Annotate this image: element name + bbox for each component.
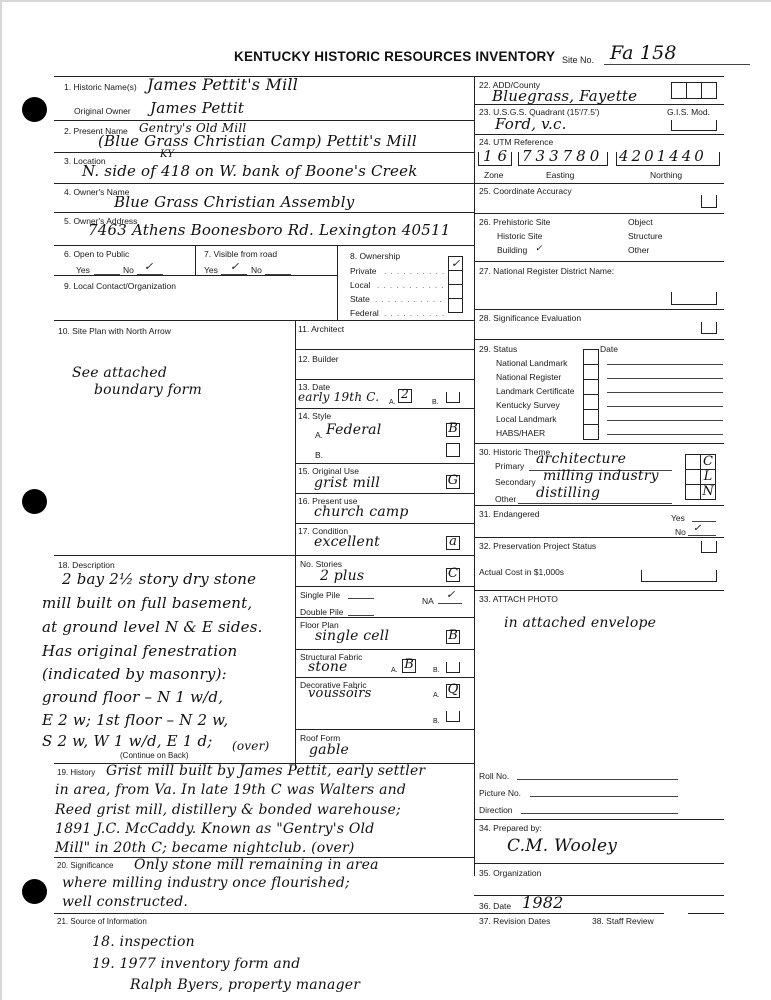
revision-dates-label: 37. Revision Dates [479, 916, 550, 926]
original-owner-label: Original Owner [74, 106, 131, 116]
historic-name-value[interactable]: James Pettit's Mill [147, 75, 298, 94]
decorative-b-label: B. [433, 718, 440, 725]
picture-no-label: Picture No. [479, 788, 521, 798]
floor-plan-value[interactable]: single cell [315, 628, 389, 644]
status-local-landmark: Local Landmark [496, 414, 556, 424]
status-checkbox[interactable] [583, 379, 599, 395]
secondary-theme-value[interactable]: milling industry [543, 468, 659, 484]
date-value[interactable]: early 19th C. [298, 390, 379, 404]
site-no-label: Site No. [562, 55, 594, 65]
history-line[interactable]: in area, from Va. In late 19th C was Wal… [55, 782, 406, 798]
continue-on-back: (Continue on Back) [120, 751, 188, 760]
actual-cost-box[interactable] [641, 570, 717, 582]
description-line[interactable]: at ground level N & E sides. [42, 618, 263, 636]
original-use-code: G [446, 473, 460, 488]
stories-code: C [446, 566, 460, 581]
primary-theme-label: Primary [495, 461, 524, 471]
direction-label: Direction [479, 805, 513, 815]
status-national-landmark: National Landmark [496, 358, 567, 368]
original-owner-value[interactable]: James Pettit [150, 99, 244, 117]
description-over: (over) [232, 739, 269, 753]
present-use-value[interactable]: church camp [314, 504, 409, 520]
style-a-value[interactable]: Federal [326, 422, 381, 438]
status-date-field[interactable] [607, 364, 723, 365]
other-theme-value[interactable]: distilling [536, 485, 600, 501]
utm-label: 24. UTM Reference [479, 137, 553, 147]
ownership-state: State [350, 294, 370, 304]
style-a-label: A. [315, 430, 323, 440]
preservation-status-label: 32. Preservation Project Status [479, 541, 596, 551]
ownership-federal: Federal [350, 308, 379, 318]
secondary-theme-code: L [700, 469, 716, 484]
organization-label: 35. Organization [479, 868, 541, 878]
floor-plan-code: B [446, 628, 460, 643]
divider [474, 76, 475, 876]
site-type-object[interactable]: Object [628, 217, 653, 227]
status-landmark-certificate: Landmark Certificate [496, 386, 574, 396]
local-contact-label: 9. Local Contact/Organization [64, 281, 176, 291]
history-line[interactable]: Reed grist mill, distillery & bonded war… [55, 802, 401, 818]
punch-hole [22, 97, 47, 122]
status-date-label: Date [600, 344, 618, 354]
status-checkbox[interactable] [583, 409, 599, 425]
district-name-label: 27. National Register District Name: [479, 266, 614, 276]
theme-code-box[interactable] [685, 469, 701, 485]
roof-form-value[interactable]: gable [309, 742, 349, 758]
significance-line[interactable]: where milling industry once flourished; [62, 875, 350, 891]
structural-fabric-value[interactable]: stone [308, 659, 348, 675]
source-line[interactable]: 19. 1977 inventory form and [92, 956, 300, 972]
historic-name-label: 1. Historic Name(s) [64, 82, 137, 92]
direction-field[interactable] [521, 813, 678, 814]
description-line[interactable]: S 2 w, W 1 w/d, E 1 d; [42, 732, 213, 750]
status-label: 29. Status [479, 344, 517, 354]
ownership-private-check: ✓ [451, 257, 460, 270]
visible-road-yes[interactable]: Yes [204, 265, 218, 275]
roll-no-label: Roll No. [479, 771, 509, 781]
quadrant-value[interactable]: Ford, v.c. [495, 115, 567, 133]
location-value[interactable]: N. side of 418 on W. bank of Boone's Cre… [82, 162, 418, 180]
site-plan-label: 10. Site Plan with North Arrow [58, 326, 171, 336]
significance-line[interactable]: Only stone mill remaining in area [134, 857, 379, 873]
description-line[interactable]: Has original fenestration [42, 642, 237, 660]
attach-photo-label: 33. ATTACH PHOTO [479, 594, 558, 604]
structural-b-box[interactable] [446, 662, 460, 673]
date-label-36: 36. Date [479, 901, 511, 911]
style-a-code: B [446, 421, 460, 436]
open-public-label: 6. Open to Public [64, 249, 129, 259]
source-info-label: 21. Source of Information [57, 917, 147, 926]
open-public-no-check: ✓ [144, 260, 153, 273]
description-line[interactable]: mill built on full basement, [42, 594, 252, 612]
ownership-label: 8. Ownership [350, 251, 400, 261]
structural-b-label: B. [433, 667, 440, 674]
status-checkbox[interactable] [583, 424, 599, 440]
condition-value[interactable]: excellent [314, 534, 380, 550]
coordinate-accuracy-box[interactable] [701, 195, 717, 208]
description-line[interactable]: 2 bay 2½ story dry stone [62, 570, 256, 588]
endangered-no-check: ✓ [693, 523, 701, 534]
visible-road-yes-check: ✓ [230, 260, 239, 273]
staff-review-label: 38. Staff Review [592, 916, 654, 926]
prepared-by-value[interactable]: C.M. Wooley [507, 836, 617, 856]
ownership-private: Private [350, 266, 376, 276]
status-date-field[interactable] [607, 420, 723, 421]
primary-theme-value[interactable]: architecture [536, 451, 626, 467]
history-label: 19. History [57, 768, 95, 777]
open-public-yes[interactable]: Yes [76, 265, 90, 275]
site-type-other[interactable]: Other [628, 245, 649, 255]
decorative-b-box[interactable] [446, 711, 460, 722]
decorative-a-label: A. [433, 692, 440, 699]
date-a-label: A. [389, 399, 396, 406]
form-title: KENTUCKY HISTORIC RESOURCES INVENTORY [234, 49, 555, 64]
district-code-box[interactable] [671, 292, 717, 305]
status-habs-haer: HABS/HAER [496, 428, 545, 438]
visible-road-no[interactable]: No [251, 265, 262, 275]
present-name-value-2[interactable]: (Blue Grass Christian Camp) Pettit's Mil… [98, 132, 417, 150]
date-b-label: B. [432, 399, 439, 406]
history-line[interactable]: Grist mill built by James Pettit, early … [106, 763, 425, 779]
picture-no-field[interactable] [530, 796, 678, 797]
county-code-box[interactable] [686, 82, 702, 99]
status-date-field[interactable] [607, 434, 723, 435]
na-label: NA [422, 596, 434, 606]
description-line[interactable]: E 2 w; 1st floor – N 2 w, [42, 711, 228, 729]
preservation-status-box[interactable] [701, 541, 717, 553]
punch-hole [22, 879, 47, 904]
history-line[interactable]: Mill" in 20th C; became nightclub. (over… [55, 840, 355, 856]
status-national-register: National Register [496, 372, 561, 382]
attach-photo-value[interactable]: in attached envelope [504, 615, 656, 631]
location-annotation: KY [160, 149, 174, 160]
theme-code-box[interactable] [685, 454, 701, 470]
utm-northing-value[interactable]: 4201440 [619, 147, 707, 165]
status-date-field[interactable] [607, 378, 723, 379]
source-line[interactable]: 18. inspection [92, 934, 195, 950]
visible-road-label: 7. Visible from road [204, 249, 277, 259]
date-value-36[interactable]: 1982 [522, 893, 564, 912]
site-type-historic[interactable]: Historic Site [497, 231, 542, 241]
endangered-no[interactable]: No [675, 527, 686, 537]
site-no-value[interactable]: Fa 158 [610, 42, 677, 64]
prepared-by-label: 34. Prepared by: [479, 823, 542, 833]
other-theme-code: N [700, 484, 716, 499]
zone-label: Zone [484, 170, 503, 180]
county-code-box[interactable] [701, 82, 717, 99]
builder-label: 12. Builder [298, 354, 339, 364]
secondary-theme-label: Secondary [495, 477, 536, 487]
gis-mod-box[interactable] [671, 120, 717, 131]
significance-eval-label: 28. Significance Evaluation [479, 313, 581, 323]
single-pile-label: Single Pile [300, 590, 340, 600]
history-line[interactable]: 1891 J.C. McCaddy. Known as "Gentry's Ol… [55, 821, 374, 837]
county-value[interactable]: Bluegrass, Fayette [492, 87, 637, 105]
coordinate-accuracy-label: 25. Coordinate Accuracy [479, 186, 572, 196]
ownership-local-checkbox[interactable] [448, 270, 463, 285]
easting-label: Easting [546, 170, 574, 180]
description-line[interactable]: (indicated by masonry): [42, 665, 227, 683]
structural-a-label: A. [391, 667, 398, 674]
primary-theme-code: C [700, 454, 716, 469]
site-type-building[interactable]: Building [497, 245, 527, 255]
condition-code: a [446, 534, 460, 549]
county-code-box[interactable] [671, 82, 687, 99]
style-label: 14. Style [298, 411, 331, 421]
owner-name-value[interactable]: Blue Grass Christian Assembly [114, 193, 354, 211]
site-type-label: 26. Prehistoric Site [479, 217, 550, 227]
description-line[interactable]: ground floor – N 1 w/d, [42, 688, 223, 706]
style-b-label: B. [315, 450, 323, 460]
stories-value[interactable]: 2 plus [320, 568, 364, 584]
style-b-box[interactable] [446, 443, 460, 457]
site-plan-value-2[interactable]: boundary form [94, 382, 202, 398]
status-date-field[interactable] [607, 392, 723, 393]
date-a-code: 2 [398, 387, 412, 401]
architect-label: 11. Architect [298, 324, 344, 334]
roll-no-field[interactable] [517, 779, 678, 780]
open-public-no[interactable]: No [123, 265, 134, 275]
status-date-field[interactable] [607, 406, 723, 407]
ownership-state-checkbox[interactable] [448, 284, 463, 299]
gis-mod-label: G.I.S. Mod. [667, 107, 710, 117]
punch-hole [22, 489, 47, 514]
utm-zone-value[interactable]: 16 [483, 147, 512, 165]
actual-cost-label: Actual Cost in $1,000s [479, 567, 564, 577]
endangered-label: 31. Endangered [479, 509, 540, 519]
site-plan-value-1[interactable]: See attached [72, 365, 167, 381]
site-type-structure[interactable]: Structure [628, 231, 663, 241]
na-check: ✓ [446, 588, 455, 601]
status-checkbox[interactable] [583, 364, 599, 380]
northing-label: Northing [650, 170, 682, 180]
endangered-yes[interactable]: Yes [671, 513, 685, 523]
ownership-local: Local [350, 280, 370, 290]
significance-eval-box[interactable] [701, 322, 717, 334]
divider [295, 320, 296, 770]
utm-easting-value[interactable]: 733780 [522, 147, 603, 165]
status-kentucky-survey: Kentucky Survey [496, 400, 560, 410]
double-pile-label: Double Pile [300, 607, 343, 617]
other-theme-label: Other [495, 494, 516, 504]
description-label: 18. Description [58, 560, 115, 570]
source-line[interactable]: Ralph Byers, property manager [130, 977, 360, 993]
structural-a-code: B [402, 657, 416, 672]
inventory-form-page: KENTUCKY HISTORIC RESOURCES INVENTORY Si… [0, 0, 771, 1000]
site-type-building-check: ✓ [535, 243, 543, 254]
status-checkbox[interactable] [583, 349, 599, 365]
significance-line[interactable]: well constructed. [62, 894, 188, 910]
original-use-value[interactable]: grist mill [314, 475, 380, 491]
date-b-box[interactable] [446, 392, 460, 403]
owner-address-value[interactable]: 7463 Athens Boonesboro Rd. Lexington 405… [88, 221, 451, 239]
significance-label: 20. Significance [57, 861, 113, 870]
theme-code-box[interactable] [685, 484, 701, 500]
decorative-fabric-value[interactable]: voussoirs [308, 686, 372, 701]
decorative-a-code: Q [446, 682, 460, 697]
ownership-federal-checkbox[interactable] [448, 298, 463, 313]
status-checkbox[interactable] [583, 394, 599, 410]
